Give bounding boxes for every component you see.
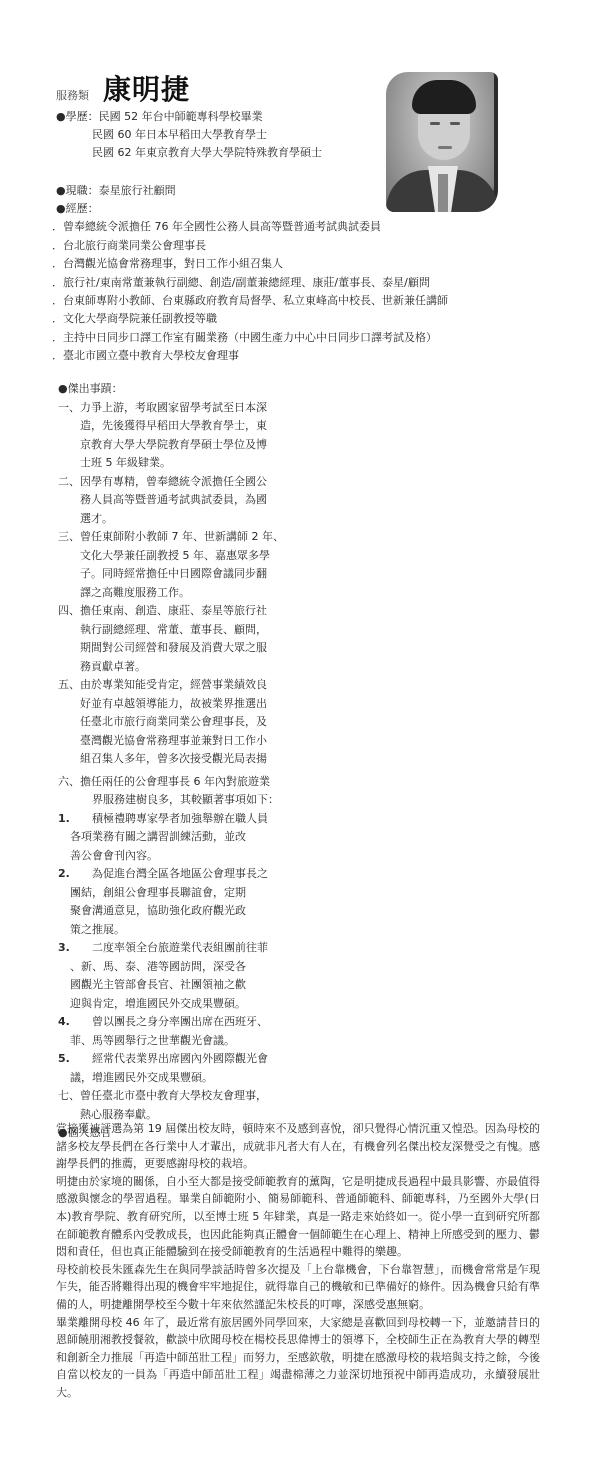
achievement-line: 造，先後獲得早稻田大學教育學士，東 [80,417,308,436]
experience-item: ．曾奉總統令派擔任 76 年全國性公務人員高等暨普通考試典試委員 [52,218,448,236]
achievement-line: 好並有卓越領導能力，故被業界推選出 [80,695,308,714]
current-position-value: 泰星旅行社顧問 [99,184,176,197]
photo-hair [412,80,476,114]
achievement-item: 三、 曾任東師附小教師 7 年、世新講師 2 年、 文化大學兼任副教授 5 年、… [58,528,308,602]
experience-item: ．台灣觀光協會常務理事，對日工作小組召集人 [52,255,448,273]
achievements-section: ●傑出事蹟： 一、 力爭上游，考取國家留學考試至日本深 造，先後獲得早稻田大學教… [58,380,308,1143]
education-item: 民國 62 年東京教育大學大學院特殊教育學碩士 [56,144,322,162]
current-position-label: ●現職： [56,184,99,197]
achievement-line: 選才。 [80,510,308,529]
subitem-line: 策之推展。 [58,921,308,940]
achievement-subitem: 1.積極禮聘專家學者加強舉辦在職人員 各項業務有關之講習訓練活動，並改 善公會會… [58,810,308,866]
subitem-line: 曾以團長之身分率團出席在西班牙、 [84,1015,268,1028]
category-label: 服務類 [56,87,89,103]
education-item: 民國 52 年台中師範專科學校畢業 [99,110,263,123]
subitem-line: 為促進台灣全區各地區公會理事長之 [84,867,268,880]
reflection-section: 當接獲被評選為第 19 屆傑出校友時，頓時來不及感到喜悅，卻只覺得心情沉重又惶恐… [56,1120,540,1402]
achievement-line: 擔任兩任的公會理事長 6 年內對旅遊業 [80,773,308,792]
achievement-item: 七、 曾任臺北市臺中教育大學校友會理事， 熱心服務奉獻。 [58,1087,308,1124]
portrait-photo [386,72,498,212]
achievement-line: 務人員高等暨普通考試典試委員，為國 [80,491,308,510]
subitem-number: 1. [58,810,84,829]
experience-section: ●經歷： ．曾奉總統令派擔任 76 年全國性公務人員高等暨普通考試典試委員 ．台… [56,200,448,366]
subitem-line: 團結，創組公會理事長聯誼會，定期 [58,884,308,903]
achievement-item: 六、 擔任兩任的公會理事長 6 年內對旅遊業 界服務建樹良多，其較顯著事項如下： [58,773,308,810]
achievement-line: 由於專業知能受肯定，經營事業績效良 [80,676,308,695]
achievement-line: 務貢獻卓著。 [80,658,308,677]
experience-item: ．主持中日同步口譯工作室有關業務（中國生產力中心中日同步口譯考試及格） [52,329,448,347]
current-position-section: ●現職：泰星旅行社顧問 [56,182,176,200]
experience-item: ．台北旅行商業同業公會理事長 [52,237,448,255]
experience-item: ．文化大學商學院兼任副教授等職 [52,310,448,328]
reflection-paragraph: 母校前校長朱匯森先生在與同學談話時曾多次提及「上台靠機會，下台靠智慧」，而機會常… [56,1261,540,1314]
achievement-number: 四、 [58,602,80,676]
achievement-line: 任臺北市旅行商業同業公會理事長，及 [80,713,308,732]
achievement-subitem: 5.經常代表業界出席國內外國際觀光會 議，增進國民外交成果豐碩。 [58,1050,308,1087]
achievement-item: 五、 由於專業知能受肯定，經營事業績效良 好並有卓越領導能力，故被業界推選出 任… [58,676,308,769]
subitem-line: 二度率領全台旅遊業代表組團前往菲 [84,941,268,954]
achievement-line: 擔任東南、創造、康莊、泰星等旅行社 [80,602,308,621]
achievement-item: 一、 力爭上游，考取國家留學考試至日本深 造，先後獲得早稻田大學教育學士，東 京… [58,399,308,473]
achievement-line: 曾任臺北市臺中教育大學校友會理事， [80,1087,308,1106]
profile-header: 服務類 康明捷 [56,68,190,108]
achievement-line: 期間對公司經營和發展及消費大眾之服 [80,639,308,658]
achievement-line: 執行副總經理、常董、董事長、顧問， [80,621,308,640]
subitem-line: 菲、馬等國舉行之世華觀光會議。 [58,1032,308,1051]
person-name: 康明捷 [103,68,190,108]
photo-mouth [438,146,452,149]
subitem-line: 國觀光主管部會長官、社團領袖之歡 [58,976,308,995]
subitem-line: 積極禮聘專家學者加強舉辦在職人員 [84,812,268,825]
photo-eye [430,122,440,125]
achievement-line: 譯之高難度服務工作。 [80,584,308,603]
experience-item: ．旅行社/東南常董兼執行副總、創造/副董兼總經理、康莊/董事長、泰星/顧問 [52,274,448,292]
subitem-number: 5. [58,1050,84,1069]
experience-label: ●經歷： [56,200,448,218]
achievement-number: 二、 [58,473,80,529]
reflection-paragraph: 明捷由於家境的關係，自小至大都是接受師範教育的薰陶，它是明捷成長過程中最具影響、… [56,1173,540,1261]
achievement-line: 力爭上游，考取國家留學考試至日本深 [80,399,308,418]
education-label: ●學歷： [56,110,99,123]
achievement-line: 臺灣觀光協會常務理事並兼對日工作小 [80,732,308,751]
reflection-paragraph: 當接獲被評選為第 19 屆傑出校友時，頓時來不及感到喜悅，卻只覺得心情沉重又惶恐… [56,1120,540,1173]
subitem-line: 聚會溝通意見，協助強化政府觀光政 [58,902,308,921]
achievement-subitem: 3.二度率領全台旅遊業代表組團前往菲 、新、馬、泰、港等國訪問，深受各 國觀光主… [58,939,308,1013]
experience-item: ．台東師專附小教師、台東縣政府教育局督學、私立東峰高中校長、世新兼任講師 [52,292,448,310]
achievement-line: 京教育大學大學院教育學碩士學位及博 [80,436,308,455]
achievement-subitem: 2.為促進台灣全區各地區公會理事長之 團結，創組公會理事長聯誼會，定期 聚會溝通… [58,865,308,939]
achievement-line: 曾任東師附小教師 7 年、世新講師 2 年、 [80,528,308,547]
achievement-item: 二、 因學有專精，曾奉總統令派擔任全國公 務人員高等暨普通考試典試委員，為國 選… [58,473,308,529]
achievement-number: 五、 [58,676,80,769]
reflection-paragraph: 畢業離開母校 46 年了，最近常有旅居國外同學回來，大家總是喜歡回到母校轉一下，… [56,1314,540,1402]
subitem-line: 各項業務有關之講習訓練活動，並改 [58,828,308,847]
achievement-line: 文化大學兼任副教授 5 年、嘉惠眾多學 [80,547,308,566]
subitem-line: 善公會會刊內容。 [58,847,308,866]
achievement-number: 一、 [58,399,80,473]
experience-item: ．臺北市國立臺中教育大學校友會理事 [52,347,448,365]
achievement-item: 四、 擔任東南、創造、康莊、泰星等旅行社 執行副總經理、常董、董事長、顧問， 期… [58,602,308,676]
subitem-number: 4. [58,1013,84,1032]
achievement-line: 因學有專精，曾奉總統令派擔任全國公 [80,473,308,492]
education-item: 民國 60 年日本早稻田大學教育學士 [56,126,322,144]
achievement-number: 七、 [58,1087,80,1124]
achievement-line: 子。同時經常擔任中日國際會議同步翻 [80,565,308,584]
subitem-line: 議，增進國民外交成果豐碩。 [58,1069,308,1088]
alumni-profile-page: 服務類 康明捷 ●學歷：民國 52 年台中師範專科學校畢業 民國 60 年日本早… [0,0,592,1484]
achievement-line: 組召集人多年，曾多次接受觀光局表揚 [80,750,308,769]
subitem-number: 2. [58,865,84,884]
achievements-label: ●傑出事蹟： [58,380,308,399]
achievement-line: 士班 5 年級肄業。 [80,454,308,473]
subitem-line: 、新、馬、泰、港等國訪問，深受各 [58,958,308,977]
achievement-line: 界服務建樹良多，其較顯著事項如下： [80,791,308,810]
achievement-number: 六、 [58,773,80,810]
achievement-subitem: 4.曾以團長之身分率團出席在西班牙、 菲、馬等國舉行之世華觀光會議。 [58,1013,308,1050]
subitem-number: 3. [58,939,84,958]
achievement-number: 三、 [58,528,80,602]
subitem-line: 迎與肯定，增進國民外交成果豐碩。 [58,995,308,1014]
education-section: ●學歷：民國 52 年台中師範專科學校畢業 民國 60 年日本早稻田大學教育學士… [56,108,322,162]
photo-eye [450,122,460,125]
subitem-line: 經常代表業界出席國內外國際觀光會 [84,1052,268,1065]
